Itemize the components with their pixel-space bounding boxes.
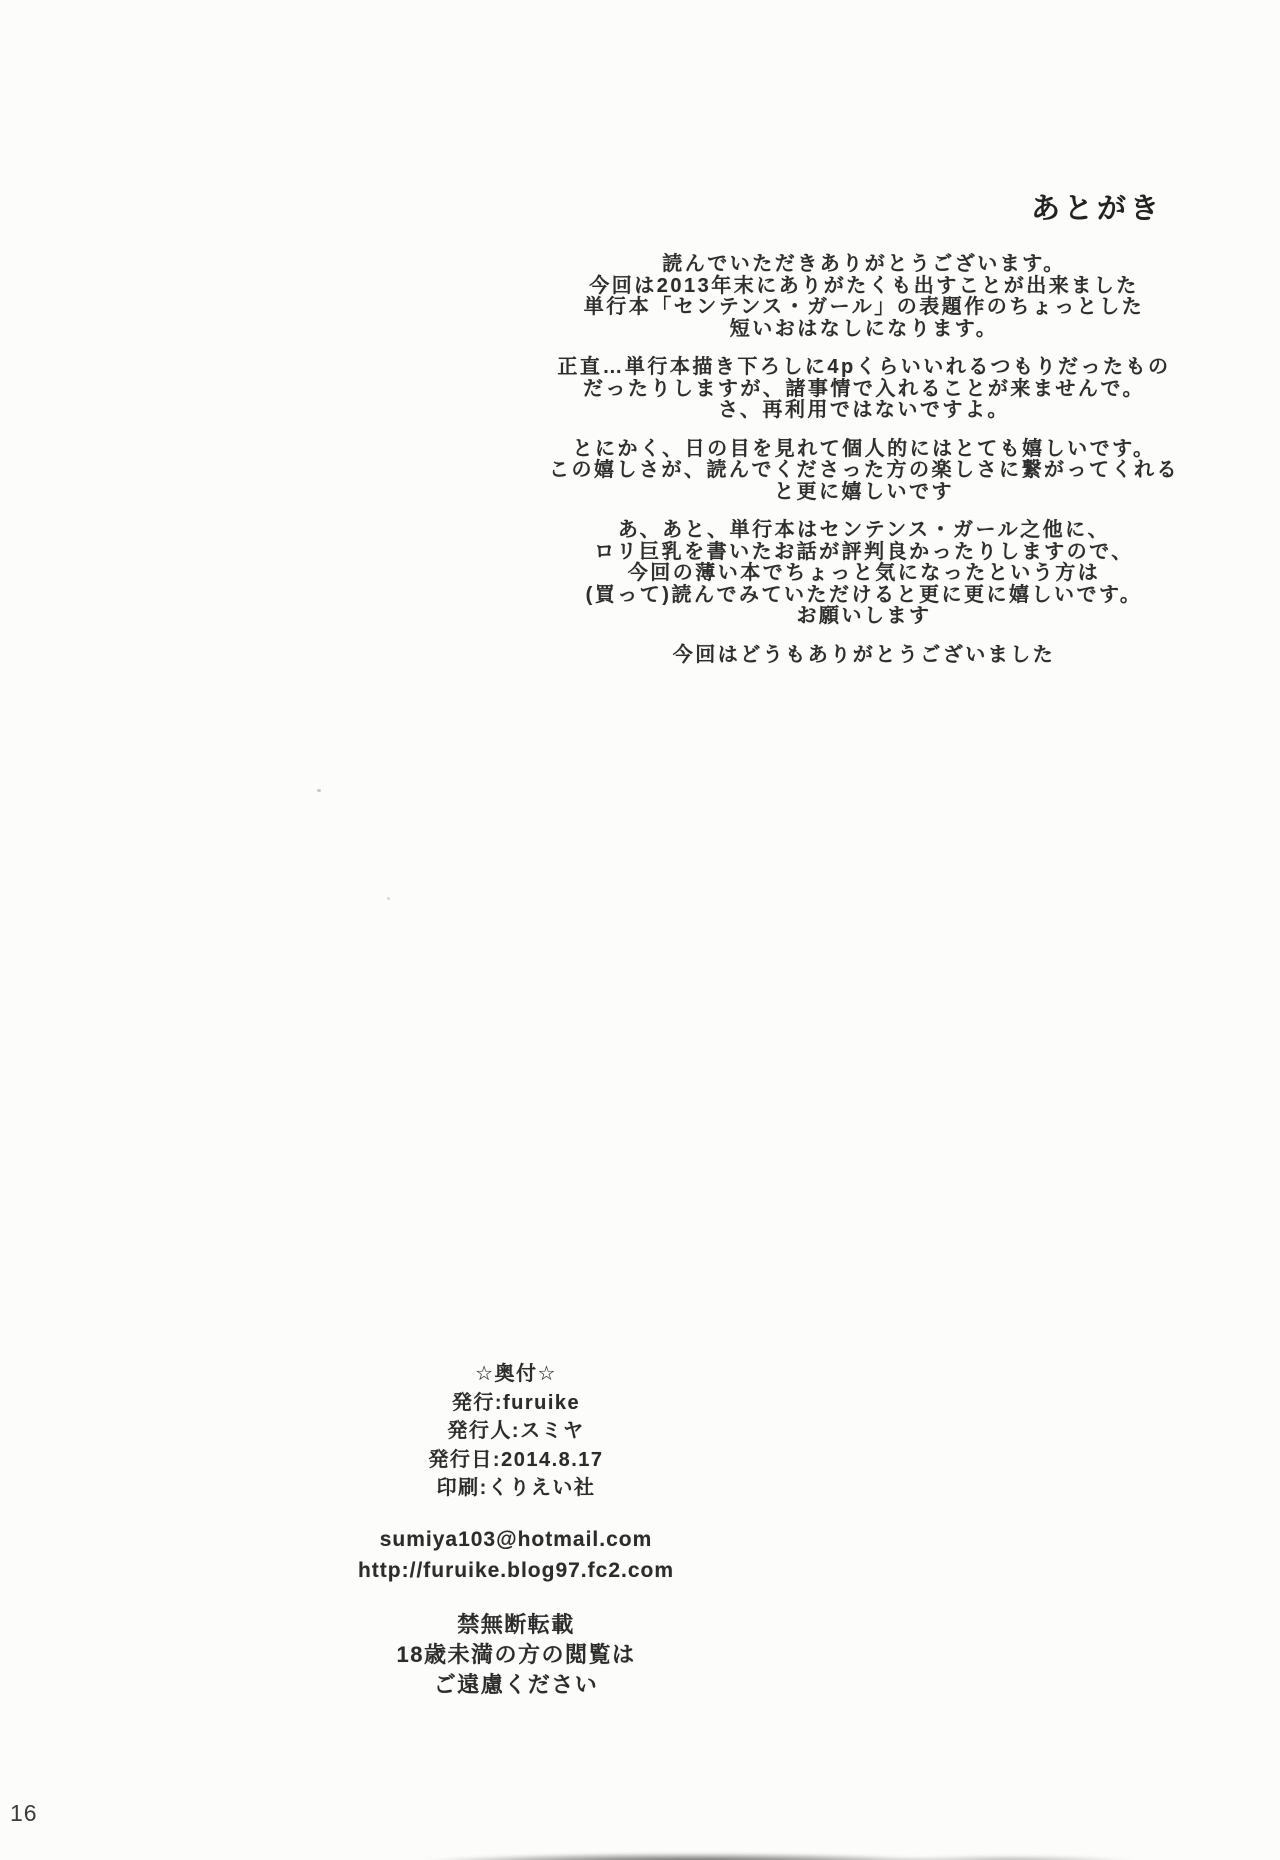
text-line: 単行本「センテンス・ガール」の表題作のちょっとした	[540, 297, 1188, 319]
paragraph-honest: 正直…単行本描き下ろしに4pくらいいれるつもりだったものだったりしますが、諸事情…	[540, 357, 1188, 422]
colophon-header: ☆奥付☆	[0, 1360, 1032, 1389]
text-line: 禁無断転載	[0, 1610, 1032, 1640]
text-line: あ、あと、単行本はセンテンス・ガール之他に、	[540, 520, 1188, 542]
scanned-page: あとがき 読んでいただきありがとうございます。今回は2013年末にありがたくも出…	[0, 0, 1280, 1860]
text-line: 18歳未満の方の閲覧は	[0, 1640, 1032, 1670]
text-line: 今回は2013年末にありがたくも出すことが出来ました	[540, 276, 1188, 298]
reader-notice: 禁無断転載18歳未満の方の閲覧はご遠慮ください	[0, 1610, 1032, 1700]
scan-speck	[317, 789, 321, 792]
text-line: (買って)読んでみていただけると更に更に嬉しいです。	[540, 585, 1188, 607]
text-line: ご遠慮ください	[0, 1670, 1032, 1700]
colophon-author: 発行人:スミヤ	[0, 1417, 1032, 1446]
paragraph-closing: 今回はどうもありがとうございました	[540, 645, 1188, 667]
contact-block: sumiya103@hotmail.com http://furuike.blo…	[0, 1524, 1032, 1586]
scan-smudge	[420, 1853, 960, 1860]
text-line: 正直…単行本描き下ろしに4pくらいいれるつもりだったもの	[540, 357, 1188, 379]
text-line: 今回の薄い本でちょっと気になったという方は	[540, 563, 1188, 585]
colophon-publisher: 発行:furuike	[0, 1389, 1032, 1418]
scan-smudge	[880, 1855, 1140, 1860]
page-number: 16	[10, 1800, 38, 1827]
scan-speck	[387, 897, 390, 900]
text-line: この嬉しさが、読んでくださった方の楽しさに繋がってくれる	[540, 460, 1188, 482]
paragraph-plug: あ、あと、単行本はセンテンス・ガール之他に、ロリ巨乳を書いたお話が評判良かったり…	[540, 520, 1188, 628]
afterword-section: あとがき 読んでいただきありがとうございます。今回は2013年末にありがたくも出…	[540, 192, 1188, 666]
text-line: 読んでいただきありがとうございます。	[540, 254, 1188, 276]
colophon-printer: 印刷:くりえい社	[0, 1474, 1032, 1503]
afterword-body: 読んでいただきありがとうございます。今回は2013年末にありがたくも出すことが出…	[540, 254, 1188, 666]
text-line: 今回はどうもありがとうございました	[540, 645, 1188, 667]
afterword-title: あとがき	[540, 192, 1188, 226]
paragraph-happy: とにかく、日の目を見れて個人的にはとても嬉しいです。この嬉しさが、読んでくださっ…	[540, 439, 1188, 504]
text-line: ロリ巨乳を書いたお話が評判良かったりしますので、	[540, 542, 1188, 564]
paragraph-thanks: 読んでいただきありがとうございます。今回は2013年末にありがたくも出すことが出…	[540, 254, 1188, 340]
text-line: お願いします	[540, 606, 1188, 628]
contact-url: http://furuike.blog97.fc2.com	[0, 1555, 1032, 1586]
text-line: とにかく、日の目を見れて個人的にはとても嬉しいです。	[540, 439, 1188, 461]
colophon-section: ☆奥付☆ 発行:furuike 発行人:スミヤ 発行日:2014.8.17 印刷…	[0, 1360, 1032, 1700]
contact-email: sumiya103@hotmail.com	[0, 1524, 1032, 1555]
text-line: と更に嬉しいです	[540, 482, 1188, 504]
text-line: さ、再利用ではないですよ。	[540, 400, 1188, 422]
text-line: 短いおはなしになります。	[540, 319, 1188, 341]
colophon-date: 発行日:2014.8.17	[0, 1446, 1032, 1475]
text-line: だったりしますが、諸事情で入れることが来ませんで。	[540, 379, 1188, 401]
